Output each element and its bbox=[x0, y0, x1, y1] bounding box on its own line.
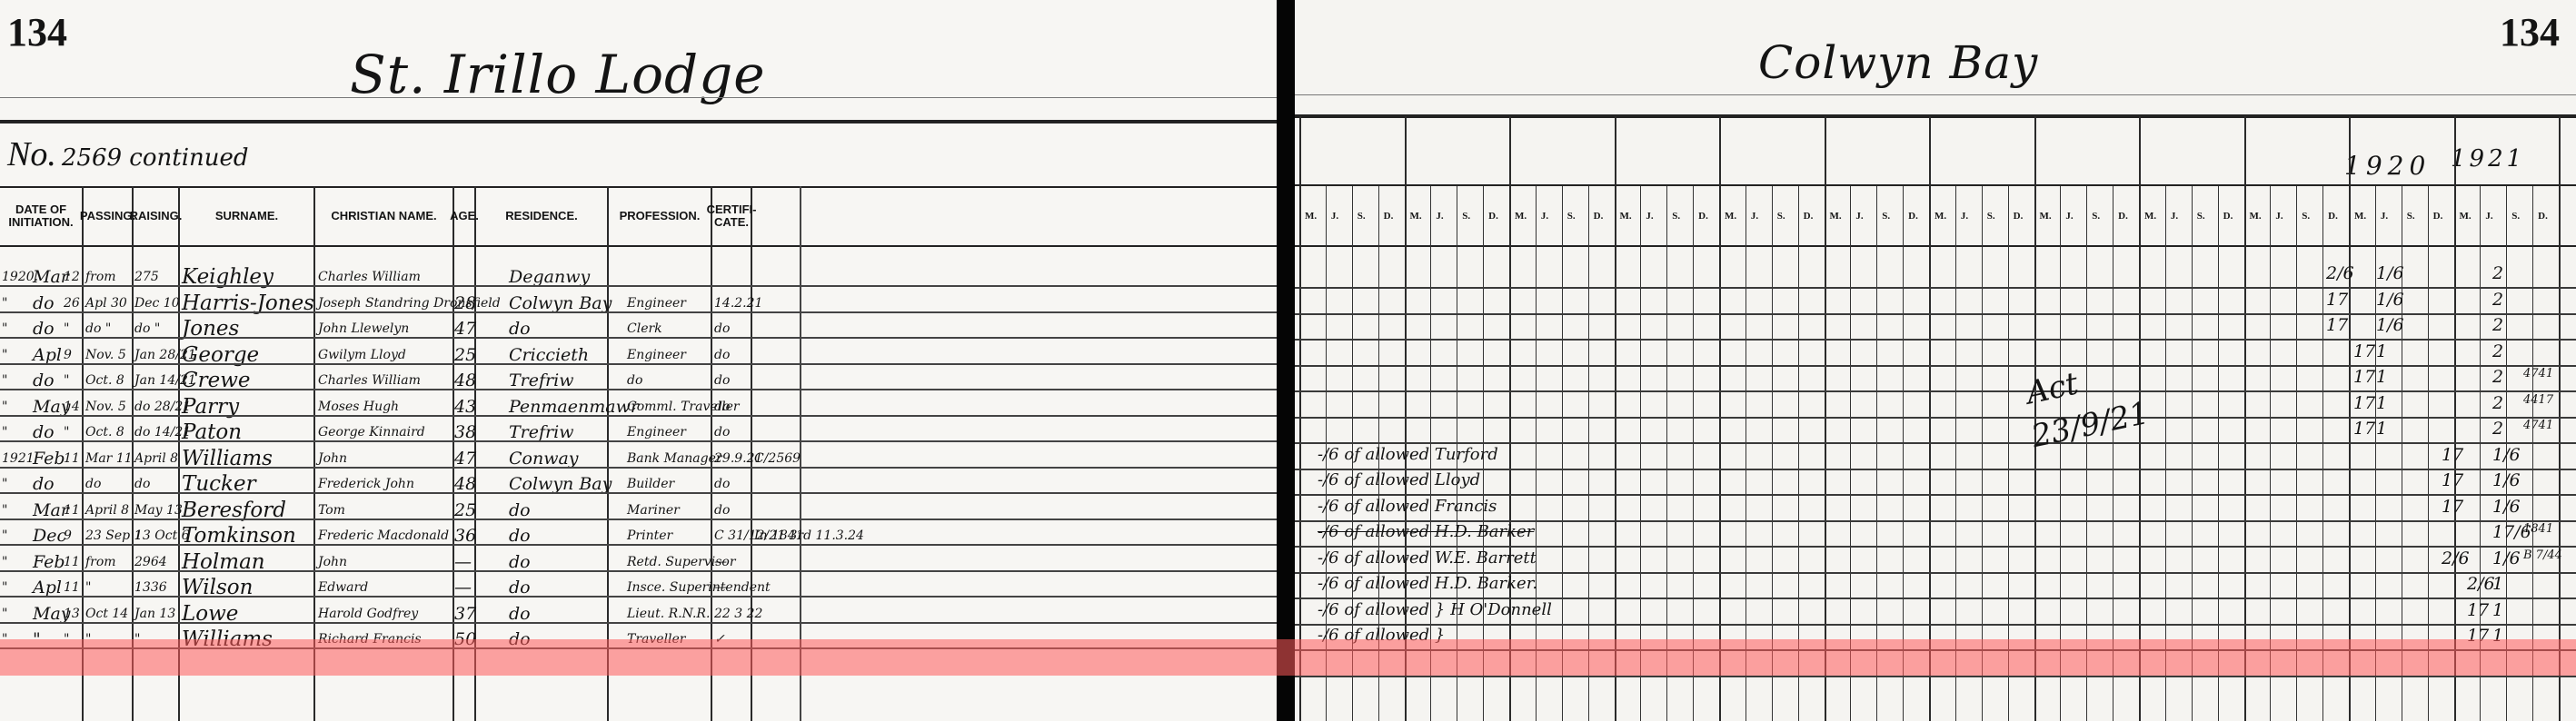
cell-residence: Deganwy bbox=[509, 263, 590, 287]
quarter-label: D. bbox=[1594, 211, 1604, 222]
header-date-of-initiation: DATE OF INITIATION. bbox=[0, 186, 82, 245]
cell-certificate: ✓ bbox=[714, 626, 725, 649]
cell-year: " bbox=[2, 600, 7, 624]
cell-christian-name: Moses Hugh bbox=[318, 393, 399, 417]
member-row: "Apl9Nov. 5Jan 28/21GeorgeGwilym Lloyd25… bbox=[0, 341, 1277, 365]
cell-day: 13 bbox=[64, 600, 80, 624]
place-title: Colwyn Bay bbox=[1758, 36, 2038, 89]
dues-c1921-d: 1/6 bbox=[2492, 470, 2521, 490]
dues-c1921-d: 2 bbox=[2492, 367, 2503, 387]
cell-passing: Nov. 5 bbox=[85, 341, 126, 365]
cell-age: 48 bbox=[454, 470, 476, 494]
cell-christian-name: John bbox=[318, 445, 347, 469]
quarter-label: J. bbox=[2065, 211, 2073, 222]
allowance-note: -/6 of allowed Lloyd bbox=[1318, 470, 1480, 489]
allowance-note: -/6 of allowed } bbox=[1318, 626, 1445, 645]
dues-c1921-d: 1 bbox=[2492, 626, 2503, 646]
cell-age: — bbox=[454, 574, 472, 598]
cell-year: " bbox=[2, 626, 7, 649]
quarter-label: S. bbox=[2302, 211, 2310, 222]
quarter-label: M. bbox=[1305, 211, 1317, 222]
cell-profession: Traveller bbox=[627, 626, 686, 649]
cell-age: 28 bbox=[454, 290, 476, 313]
quarter-label: J. bbox=[1751, 211, 1758, 222]
cell-certificate: — bbox=[714, 574, 727, 598]
cell-surname: Crewe bbox=[182, 367, 251, 390]
cell-age: 37 bbox=[454, 600, 476, 624]
quarter-label: D. bbox=[2328, 211, 2338, 222]
member-row: "Apl11"1336WilsonEdward—doInsce. Superin… bbox=[0, 574, 1277, 598]
cell-christian-name: Charles William bbox=[318, 263, 421, 287]
cell-surname: George bbox=[182, 341, 259, 365]
quarter-label: J. bbox=[1541, 211, 1548, 222]
quarter-label: M. bbox=[1410, 211, 1422, 222]
cell-profession: Mariner bbox=[627, 497, 680, 520]
quarter-label: S. bbox=[1567, 211, 1576, 222]
cell-raising: Dec 10 bbox=[134, 290, 180, 313]
dues-c1921-d: 1/6 bbox=[2492, 548, 2521, 568]
dues-c1920-m: 17 bbox=[2326, 315, 2348, 335]
quarter-label: M. bbox=[1934, 211, 1946, 222]
quarter-label: D. bbox=[1384, 211, 1394, 222]
cell-day: 26 bbox=[64, 290, 80, 313]
quarter-label: D. bbox=[1698, 211, 1708, 222]
cell-age: 25 bbox=[454, 497, 476, 520]
cell-surname: Tomkinson bbox=[182, 522, 296, 546]
cell-age: 47 bbox=[454, 315, 476, 339]
quarter-label: J. bbox=[2381, 211, 2388, 222]
member-row: "Dec923 Sep 113 Oct 6TomkinsonFrederic M… bbox=[0, 522, 1277, 546]
dues-c1920-m: 17 bbox=[2326, 290, 2348, 310]
cell-year: " bbox=[2, 574, 7, 598]
cell-passing: do bbox=[85, 470, 101, 494]
cell-day: 9 bbox=[64, 341, 72, 365]
cell-christian-name: Charles William bbox=[318, 367, 421, 390]
cell-surname: Williams bbox=[182, 445, 273, 469]
dues-c1920-j: 17 bbox=[2353, 367, 2375, 387]
header-residence: RESIDENCE. bbox=[476, 186, 607, 245]
cell-day: " bbox=[64, 315, 69, 339]
year-label-1921: 1921 bbox=[2451, 145, 2525, 173]
dues-ref: B 7/44 bbox=[2523, 548, 2562, 562]
cell-day: 12 bbox=[64, 263, 80, 287]
cell-day: 11 bbox=[64, 548, 80, 572]
quarter-label: D. bbox=[2433, 211, 2443, 222]
dues-ref: 4741 bbox=[2523, 367, 2553, 380]
cell-day: " bbox=[64, 419, 69, 442]
cell-certificate: — bbox=[714, 548, 727, 572]
cell-residence: Criccieth bbox=[509, 341, 589, 365]
year-label-1920: 1920 bbox=[2344, 151, 2431, 181]
cell-year: " bbox=[2, 419, 7, 442]
quarter-label: M. bbox=[1620, 211, 1632, 222]
dues-c1921-m: 2/6 bbox=[2442, 548, 2470, 568]
cell-age: 25 bbox=[454, 341, 476, 365]
quarter-label: M. bbox=[1515, 211, 1527, 222]
cell-certificate: do bbox=[714, 393, 730, 417]
cell-residence: do bbox=[509, 626, 531, 649]
dues-c1921-j: 17 bbox=[2467, 600, 2489, 620]
cell-certificate: do bbox=[714, 419, 730, 442]
cell-year: " bbox=[2, 290, 7, 313]
cell-residence: Trefriw bbox=[509, 419, 573, 442]
dues-c1920-s: 1/6 bbox=[2376, 263, 2404, 283]
cell-year: " bbox=[2, 315, 7, 339]
cell-profession: Builder bbox=[627, 470, 674, 494]
header-passing: PASSING. bbox=[84, 186, 132, 245]
cell-passing: from bbox=[85, 263, 116, 287]
quarter-label: S. bbox=[2197, 211, 2205, 222]
cell-surname: Parry bbox=[182, 393, 239, 417]
cell-day: 11 bbox=[64, 574, 80, 598]
quarter-label: D. bbox=[2014, 211, 2024, 222]
cell-surname: Wilson bbox=[182, 574, 253, 598]
cell-surname: Lowe bbox=[182, 600, 238, 624]
cell-certificate: do bbox=[714, 315, 730, 339]
member-row: "do26Apl 30Dec 10Harris-JonesJoseph Stan… bbox=[0, 290, 1277, 313]
dues-c1920-s: 1 bbox=[2376, 393, 2387, 413]
header-surname: SURNAME. bbox=[180, 186, 313, 245]
cell-passing: Mar 11 bbox=[85, 445, 133, 469]
quarter-label: S. bbox=[1777, 211, 1785, 222]
cell-profession: do bbox=[627, 367, 642, 390]
cell-christian-name: Gwilym Lloyd bbox=[318, 341, 406, 365]
member-row: "Feb11from2964HolmanJohn—doRetd. Supervi… bbox=[0, 548, 1277, 572]
quarter-label: J. bbox=[2485, 211, 2492, 222]
dues-c1921-m: 17 bbox=[2442, 497, 2463, 517]
cell-age: — bbox=[454, 548, 472, 572]
cell-surname: Holman bbox=[182, 548, 265, 572]
cell-year: " bbox=[2, 497, 7, 520]
cell-christian-name: Frederick John bbox=[318, 470, 414, 494]
cell-raising: April 8 bbox=[134, 445, 178, 469]
quarter-label: D. bbox=[2538, 211, 2548, 222]
dues-c1921-d: 2 bbox=[2492, 263, 2503, 283]
cell-note: In 1841 bbox=[754, 522, 804, 546]
lodge-number-row: No. 2569 continued bbox=[7, 134, 249, 174]
dues-c1920-j: 17 bbox=[2353, 341, 2375, 361]
cell-age: 38 bbox=[454, 419, 476, 442]
cell-surname: Paton bbox=[182, 419, 242, 442]
quarter-label: M. bbox=[1830, 211, 1842, 222]
quarter-label: M. bbox=[2354, 211, 2366, 222]
header-certificate: CERTIFI-CATE. bbox=[712, 186, 751, 245]
cell-age: 43 bbox=[454, 393, 476, 417]
quarter-label: J. bbox=[2171, 211, 2178, 222]
member-row: "do"do "do "JonesJohn Llewelyn47doClerkd… bbox=[0, 315, 1277, 339]
cell-residence: do bbox=[509, 574, 531, 598]
member-row: "dododoTuckerFrederick John48Colwyn BayB… bbox=[0, 470, 1277, 494]
cell-age: 47 bbox=[454, 445, 476, 469]
quarter-label: J. bbox=[1646, 211, 1653, 222]
cell-age: 36 bbox=[454, 522, 476, 546]
allowance-note: -/6 of allowed H.D. Barker. bbox=[1318, 574, 1537, 593]
cell-day: 14 bbox=[64, 393, 80, 417]
quarter-label: D. bbox=[1908, 211, 1918, 222]
cell-year: " bbox=[2, 393, 7, 417]
dues-c1921-d: 2 bbox=[2492, 341, 2503, 361]
cell-profession: Insce. Superintendent bbox=[627, 574, 771, 598]
quarter-label: M. bbox=[2460, 211, 2472, 222]
cell-passing: April 8 bbox=[85, 497, 129, 520]
cell-profession: Clerk bbox=[627, 315, 662, 339]
member-row: 1920.Mar12from275KeighleyCharles William… bbox=[0, 263, 1277, 287]
allowance-note: -/6 of allowed Francis bbox=[1318, 497, 1497, 516]
cell-residence: Penmaenmawr bbox=[509, 393, 639, 417]
dues-c1920-m: 2/6 bbox=[2326, 263, 2354, 283]
member-row: "do"Oct. 8Jan 14/21CreweCharles William4… bbox=[0, 367, 1277, 390]
quarter-label: M. bbox=[1725, 211, 1736, 222]
cell-residence: do bbox=[509, 522, 531, 546]
cell-month: Apl bbox=[33, 574, 62, 598]
cell-profession: Engineer bbox=[627, 341, 686, 365]
quarter-label: J. bbox=[1331, 211, 1338, 222]
quarter-label: S. bbox=[2407, 211, 2415, 222]
cell-passing: Oct. 8 bbox=[85, 419, 124, 442]
cell-year: " bbox=[2, 341, 7, 365]
cell-surname: Jones bbox=[182, 315, 239, 339]
header-raising: RAISING. bbox=[134, 186, 178, 245]
quarter-label: S. bbox=[2511, 211, 2520, 222]
cell-year: " bbox=[2, 548, 7, 572]
cell-certificate: do bbox=[714, 470, 730, 494]
cell-raising: do " bbox=[134, 315, 160, 339]
allowance-note: -/6 of allowed } H O'Donnell bbox=[1318, 600, 1552, 619]
cell-surname: Williams bbox=[182, 626, 273, 649]
header-profession: PROFESSION. bbox=[609, 186, 711, 245]
quarter-label: D. bbox=[1804, 211, 1814, 222]
cell-month: " bbox=[33, 626, 41, 649]
lodge-number-label: No. bbox=[7, 134, 56, 174]
right-page-number: 134 bbox=[2500, 9, 2560, 55]
cell-surname: Tucker bbox=[182, 470, 256, 494]
quarter-label: S. bbox=[1882, 211, 1890, 222]
dues-c1920-j: 17 bbox=[2353, 419, 2375, 439]
quarter-label: J. bbox=[1961, 211, 1968, 222]
cell-month: Dec bbox=[33, 522, 66, 546]
cell-year: 1921 bbox=[2, 445, 35, 469]
quarter-label: M. bbox=[2040, 211, 2052, 222]
cell-passing: Nov. 5 bbox=[85, 393, 126, 417]
dues-c1921-d: 2 bbox=[2492, 290, 2503, 310]
cell-passing: do " bbox=[85, 315, 111, 339]
cell-christian-name: Tom bbox=[318, 497, 345, 520]
cell-passing: Oct. 8 bbox=[85, 367, 124, 390]
cell-month: Feb bbox=[33, 445, 65, 469]
dues-c1921-d: 2 bbox=[2492, 315, 2503, 335]
cell-day: " bbox=[64, 367, 69, 390]
cell-month: Feb bbox=[33, 548, 65, 572]
cell-year: " bbox=[2, 367, 7, 390]
cell-surname: Beresford bbox=[182, 497, 286, 520]
cell-residence: do bbox=[509, 548, 531, 572]
dues-c1921-d: 1/6 bbox=[2492, 497, 2521, 517]
dues-c1921-m: 17 bbox=[2442, 470, 2463, 490]
cell-residence: Trefriw bbox=[509, 367, 573, 390]
cell-certificate: 14.2.21 bbox=[714, 290, 762, 313]
dues-c1921-j: 2/6 bbox=[2467, 574, 2495, 594]
left-page-number: 134 bbox=[7, 9, 67, 55]
cell-certificate: do bbox=[714, 497, 730, 520]
dues-c1920-s: 1 bbox=[2376, 419, 2387, 439]
quarter-label: S. bbox=[2092, 211, 2100, 222]
cell-surname: Harris-Jones bbox=[182, 290, 314, 313]
cell-certificate: do bbox=[714, 367, 730, 390]
cell-christian-name: Harold Godfrey bbox=[318, 600, 418, 624]
cell-month: Apl bbox=[33, 341, 62, 365]
quarter-label: D. bbox=[2118, 211, 2128, 222]
cell-month: do bbox=[33, 290, 55, 313]
allowance-note: -/6 of allowed W.E. Barrett bbox=[1318, 548, 1537, 568]
cell-christian-name: Edward bbox=[318, 574, 368, 598]
quarter-label: M. bbox=[2250, 211, 2262, 222]
cell-day: 11 bbox=[64, 497, 80, 520]
cell-profession: Lieut. R.N.R. bbox=[627, 600, 710, 624]
quarter-label: S. bbox=[1672, 211, 1680, 222]
cell-certificate: do bbox=[714, 341, 730, 365]
cell-profession: Engineer bbox=[627, 419, 686, 442]
allowance-note: -/6 of allowed H.D. Barker bbox=[1318, 522, 1534, 541]
quarter-label: J. bbox=[1855, 211, 1863, 222]
dues-c1921-d: 2 bbox=[2492, 393, 2503, 413]
dues-ref: 1841 bbox=[2523, 522, 2553, 536]
dues-c1921-m: 17 bbox=[2442, 445, 2463, 465]
cell-christian-name: John Llewelyn bbox=[318, 315, 409, 339]
member-row: "May13Oct 14Jan 13LoweHarold Godfrey37do… bbox=[0, 600, 1277, 624]
cell-passing: Oct 14 bbox=[85, 600, 128, 624]
cell-raising: 275 bbox=[134, 263, 159, 287]
cell-day: 11 bbox=[64, 445, 80, 469]
cell-raising: " bbox=[134, 626, 140, 649]
cell-profession: Engineer bbox=[627, 290, 686, 313]
member-row: "do"Oct. 8do 14/21PatonGeorge Kinnaird38… bbox=[0, 419, 1277, 442]
cell-raising: May 13 bbox=[134, 497, 183, 520]
cell-certificate: 22 3 22 bbox=[714, 600, 762, 624]
cell-christian-name: Richard Francis bbox=[318, 626, 422, 649]
quarter-label: J. bbox=[2275, 211, 2283, 222]
dues-c1920-s: 1 bbox=[2376, 367, 2387, 387]
dues-c1920-j: 17 bbox=[2353, 393, 2375, 413]
cell-residence: Colwyn Bay bbox=[509, 470, 612, 494]
cell-christian-name: John bbox=[318, 548, 347, 572]
cell-residence: Conway bbox=[509, 445, 579, 469]
dues-ref: 4741 bbox=[2523, 419, 2553, 432]
cell-age: 50 bbox=[454, 626, 476, 649]
dues-c1920-s: 1/6 bbox=[2376, 315, 2404, 335]
member-row: 1921Feb11Mar 11April 8WilliamsJohn47Conw… bbox=[0, 445, 1277, 469]
cell-profession: Bank Manager bbox=[627, 445, 722, 469]
member-row: "Mar11April 8May 13BeresfordTom25doMarin… bbox=[0, 497, 1277, 520]
cell-month: do bbox=[33, 367, 55, 390]
quarter-label: S. bbox=[1987, 211, 1995, 222]
cell-day: " bbox=[64, 626, 69, 649]
allowance-note: -/6 of allowed Turford bbox=[1318, 445, 1498, 464]
cell-raising: 1336 bbox=[134, 574, 167, 598]
quarter-label: S. bbox=[1462, 211, 1470, 222]
header-age: AGE. bbox=[454, 186, 474, 245]
dues-c1920-s: 1 bbox=[2376, 341, 2387, 361]
lodge-number: 2569 continued bbox=[62, 144, 249, 172]
quarter-label: D. bbox=[2223, 211, 2233, 222]
cell-profession: Printer bbox=[627, 522, 672, 546]
right-ledger-page: 134 Colwyn Bay 1920 1921 M.J.S.D.M.J.S.D… bbox=[1295, 0, 2576, 721]
cell-residence: do bbox=[509, 600, 531, 624]
header-christian-name: CHRISTIAN NAME. bbox=[315, 186, 453, 245]
cell-month: do bbox=[33, 315, 55, 339]
annotation-act: Act bbox=[2023, 365, 2081, 411]
cell-residence: Colwyn Bay bbox=[509, 290, 612, 313]
cell-passing: " bbox=[85, 626, 91, 649]
cell-month: do bbox=[33, 419, 55, 442]
quarter-label: J. bbox=[1436, 211, 1443, 222]
dues-c1921-d: 1/6 bbox=[2492, 445, 2521, 465]
lodge-title: St. Irillo Lodge bbox=[350, 44, 766, 105]
dues-c1921-j: 17 bbox=[2467, 626, 2489, 646]
quarter-label: M. bbox=[2144, 211, 2156, 222]
cell-passing: " bbox=[85, 574, 91, 598]
cell-age: 48 bbox=[454, 367, 476, 390]
cell-christian-name: Frederic Macdonald bbox=[318, 522, 449, 546]
dues-c1920-s: 1/6 bbox=[2376, 290, 2404, 310]
cell-surname: Keighley bbox=[182, 263, 274, 287]
cell-year: " bbox=[2, 522, 7, 546]
cell-passing: Apl 30 bbox=[85, 290, 127, 313]
dues-c1921-d: 1 bbox=[2492, 574, 2503, 594]
dues-c1921-d: 2 bbox=[2492, 419, 2503, 439]
cell-raising: 2964 bbox=[134, 548, 167, 572]
quarter-label: S. bbox=[1358, 211, 1366, 222]
cell-raising: do bbox=[134, 470, 150, 494]
cell-note: C/2569 bbox=[754, 445, 801, 469]
left-ledger-page: 134 St. Irillo Lodge No. 2569 continued … bbox=[0, 0, 1277, 721]
cell-christian-name: George Kinnaird bbox=[318, 419, 425, 442]
cell-residence: do bbox=[509, 497, 531, 520]
cell-residence: do bbox=[509, 315, 531, 339]
cell-passing: from bbox=[85, 548, 116, 572]
quarter-label: D. bbox=[1488, 211, 1498, 222]
dues-c1921-d: 1 bbox=[2492, 600, 2503, 620]
dues-ref: 4417 bbox=[2523, 393, 2553, 407]
cell-day: 9 bbox=[64, 522, 72, 546]
cell-raising: Jan 13 bbox=[134, 600, 175, 624]
member-row: "May14Nov. 5do 28/21ParryMoses Hugh43Pen… bbox=[0, 393, 1277, 417]
cell-month: do bbox=[33, 470, 55, 494]
cell-year: " bbox=[2, 470, 7, 494]
member-row: """""WilliamsRichard Francis50doTravelle… bbox=[0, 626, 1277, 649]
